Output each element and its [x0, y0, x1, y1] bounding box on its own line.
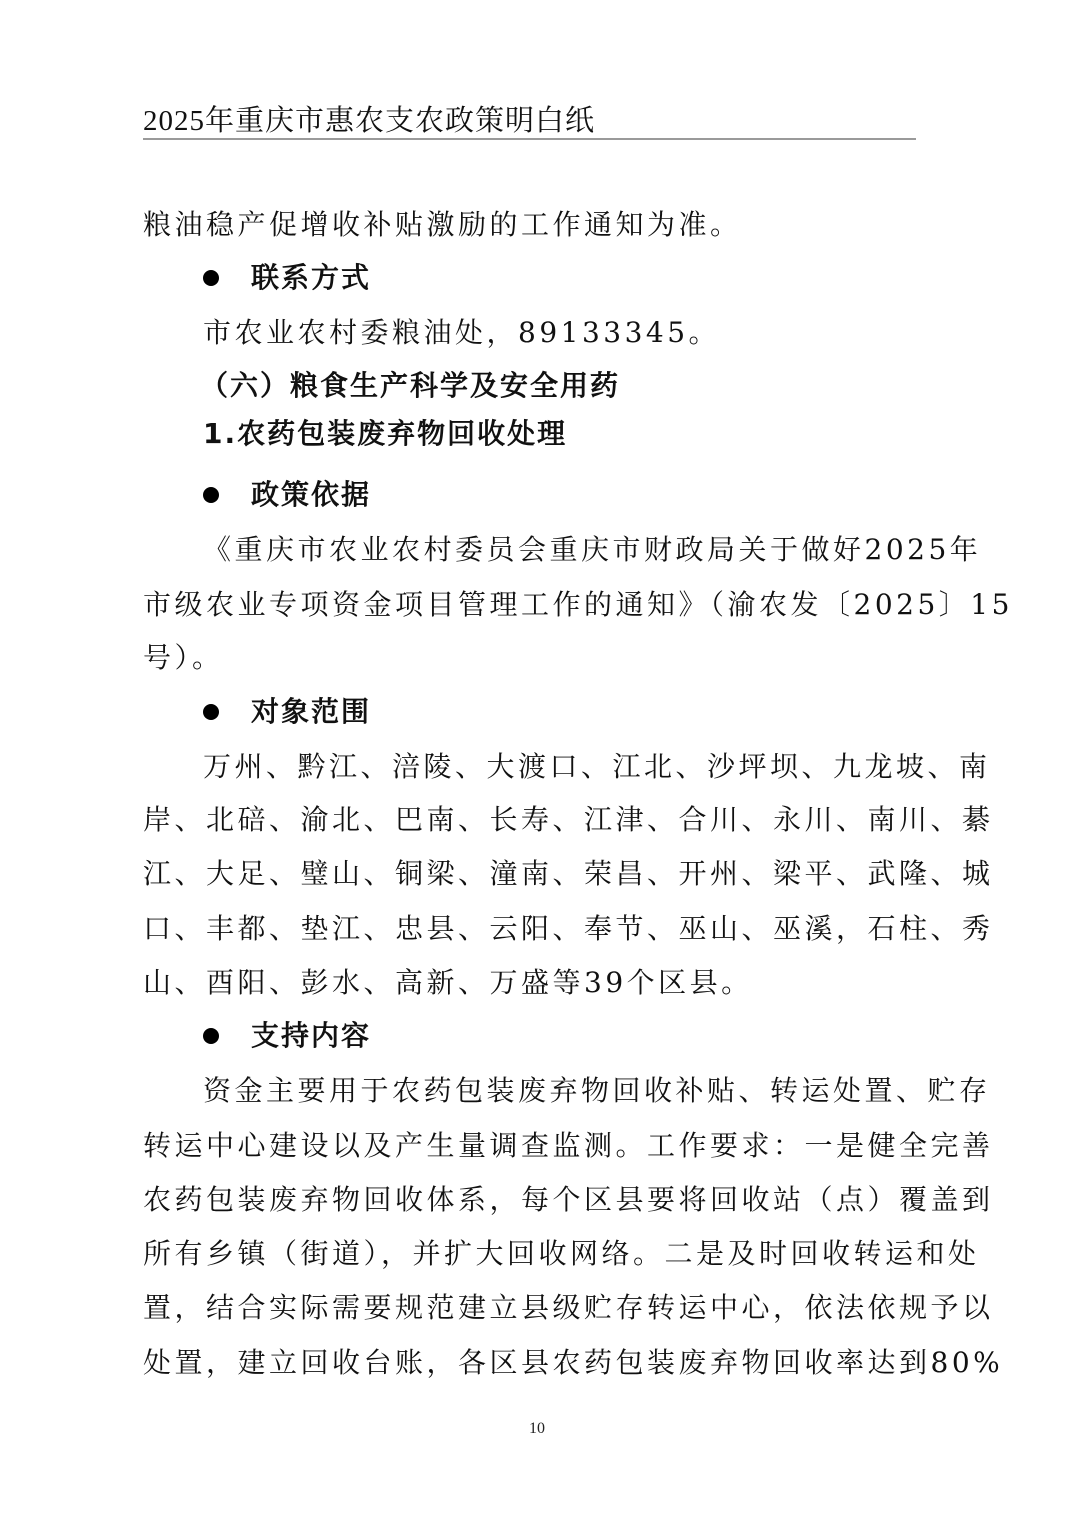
header-divider — [143, 138, 916, 140]
paragraph-line: 资金主要用于农药包装废弃物回收补贴、转运处置、贮存 — [203, 1071, 918, 1111]
heading-label: 联系方式 — [251, 258, 371, 298]
paragraph-line: 江、大足、璧山、铜梁、潼南、荣昌、开州、梁平、武隆、城 — [143, 854, 918, 894]
bullet-heading-support: 支持内容 — [203, 1016, 371, 1056]
bullet-icon — [203, 270, 219, 286]
bullet-heading-contact: 联系方式 — [203, 258, 371, 298]
paragraph-line: 处置，建立回收台账，各区县农药包装废弃物回收率达到80% — [143, 1343, 918, 1383]
paragraph-line: 岸、北碚、渝北、巴南、长寿、江津、合川、永川、南川、綦 — [143, 800, 918, 840]
paragraph-line: 粮油稳产促增收补贴激励的工作通知为准。 — [143, 205, 918, 245]
bullet-heading-scope: 对象范围 — [203, 692, 371, 732]
paragraph-line: 号）。 — [143, 638, 918, 678]
paragraph-line: 万州、黔江、涪陵、大渡口、江北、沙坪坝、九龙坡、南 — [203, 747, 918, 787]
page-header-title: 2025年重庆市惠农支农政策明白纸 — [143, 98, 595, 139]
bullet-icon — [203, 704, 219, 720]
paragraph-line: 置，结合实际需要规范建立县级贮存转运中心，依法依规予以 — [143, 1288, 918, 1328]
bullet-icon — [203, 1028, 219, 1044]
paragraph-line: 《重庆市农业农村委员会重庆市财政局关于做好2025年 — [203, 530, 918, 570]
paragraph-line: 转运中心建设以及产生量调查监测。工作要求：一是健全完善 — [143, 1126, 918, 1166]
contact-text: 市农业农村委粮油处，89133345。 — [203, 313, 918, 353]
bullet-heading-policy: 政策依据 — [203, 475, 371, 515]
paragraph-line: 山、酉阳、彭水、高新、万盛等39个区县。 — [143, 963, 918, 1003]
page-number: 10 — [0, 1420, 1074, 1438]
paragraph-line: 市级农业专项资金项目管理工作的通知》（渝农发〔2025〕15 — [143, 585, 918, 625]
section-heading: （六）粮食生产科学及安全用药 — [200, 366, 975, 406]
bullet-icon — [203, 487, 219, 503]
heading-label: 支持内容 — [251, 1016, 371, 1056]
paragraph-line: 农药包装废弃物回收体系，每个区县要将回收站（点）覆盖到 — [143, 1180, 918, 1220]
heading-label: 政策依据 — [251, 475, 371, 515]
heading-label: 对象范围 — [251, 692, 371, 732]
paragraph-line: 口、丰都、垫江、忠县、云阳、奉节、巫山、巫溪，石柱、秀 — [143, 909, 918, 949]
subsection-heading: 1.农药包装废弃物回收处理 — [203, 414, 978, 454]
paragraph-line: 所有乡镇（街道），并扩大回收网络。二是及时回收转运和处 — [143, 1234, 918, 1274]
